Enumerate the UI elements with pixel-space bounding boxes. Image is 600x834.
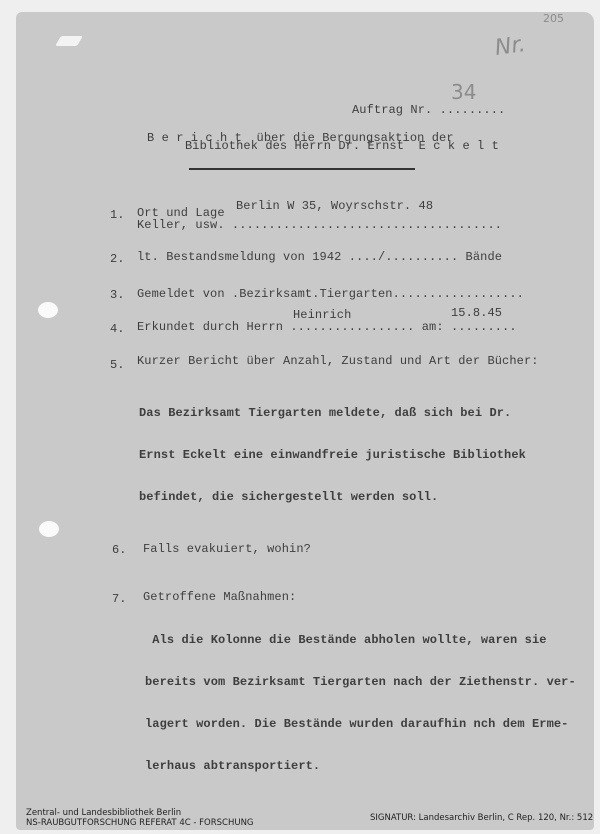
field-3-label: Gemeldet von .Bezirksamt.Tiergarten.....…	[137, 287, 524, 301]
field-7-text: Als die Kolonne die Bestände abholen wol…	[145, 605, 576, 787]
field-1-number: 1.	[110, 208, 125, 222]
title-underline	[189, 168, 415, 170]
field-7-number: 7.	[112, 592, 127, 606]
page-corner-number: 205	[543, 12, 564, 25]
footer-left: Zentral- und Landesbibliothek BerlinNS-R…	[26, 808, 254, 828]
title-line-2: Bibliothek des Herrn Dr. Ernst E c k e l…	[185, 139, 499, 153]
field-5-number: 5.	[110, 358, 125, 372]
field-1-value: Berlin W 35, Woyrschstr. 48	[236, 199, 433, 213]
punch-hole-top	[38, 302, 58, 318]
field-1-label-2: Keller, usw. ...........................…	[137, 218, 502, 232]
field-4-number: 4.	[110, 322, 125, 336]
field-5-text: Das Bezirksamt Tiergarten meldete, daß s…	[139, 378, 526, 518]
field-3-number: 3.	[110, 288, 125, 302]
order-number-handwritten: 34	[451, 80, 476, 104]
handwritten-initials: Nr.	[493, 32, 527, 61]
field-4-date: 15.8.45	[451, 306, 502, 320]
field-2-label: lt. Bestandsmeldung von 1942 ..../......…	[137, 250, 502, 264]
field-6-number: 6.	[112, 543, 127, 557]
field-6-label: Falls evakuiert, wohin?	[143, 542, 311, 556]
footer-signature: SIGNATUR: Landesarchiv Berlin, C Rep. 12…	[370, 813, 593, 823]
field-2-number: 2.	[110, 252, 125, 266]
order-label: Auftrag Nr. .........	[352, 103, 505, 117]
field-4-label: Erkundet durch Herrn ................. a…	[137, 320, 517, 334]
field-5-label: Kurzer Bericht über Anzahl, Zustand und …	[137, 354, 539, 368]
field-7-label: Getroffene Maßnahmen:	[143, 590, 296, 604]
punch-hole-bottom	[39, 521, 59, 537]
